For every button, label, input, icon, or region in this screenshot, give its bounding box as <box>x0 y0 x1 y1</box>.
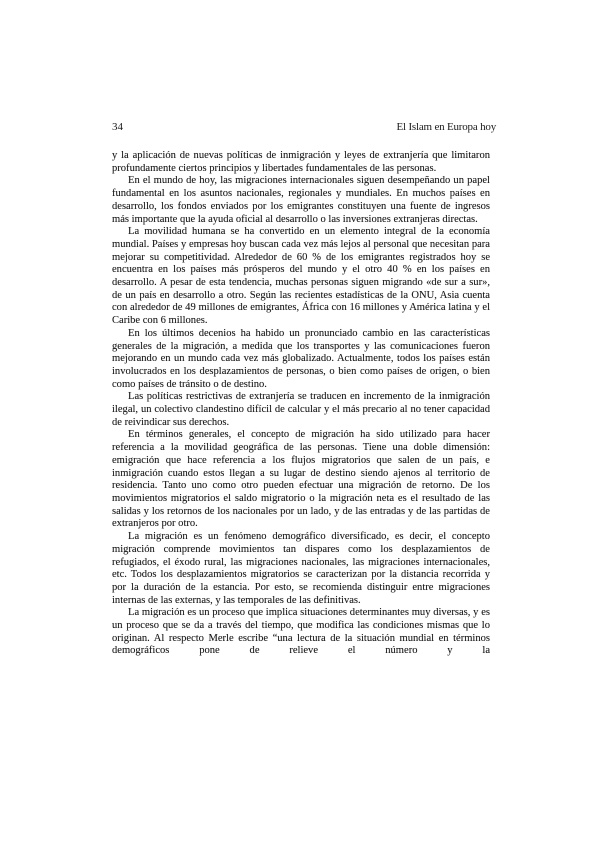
body-paragraph: En los últimos decenios ha habido un pro… <box>112 328 490 392</box>
body-paragraph: La movilidad humana se ha convertido en … <box>112 226 490 328</box>
running-title: El Islam en Europa hoy <box>397 121 496 134</box>
page-header: 34 El Islam en Europa hoy <box>112 121 496 134</box>
body-paragraph: y la aplicación de nuevas políticas de i… <box>112 150 490 175</box>
body-paragraph: Las políticas restrictivas de extranjerí… <box>112 391 490 429</box>
document-page: 34 El Islam en Europa hoy y la aplicació… <box>0 0 599 848</box>
body-paragraph: La migración es un fenómeno demográfico … <box>112 531 490 607</box>
page-number: 34 <box>112 121 123 134</box>
body-paragraph: En el mundo de hoy, las migraciones inte… <box>112 175 490 226</box>
page-body: y la aplicación de nuevas políticas de i… <box>112 150 490 658</box>
body-paragraph: La migración es un proceso que implica s… <box>112 607 490 658</box>
body-paragraph: En términos generales, el concepto de mi… <box>112 429 490 531</box>
